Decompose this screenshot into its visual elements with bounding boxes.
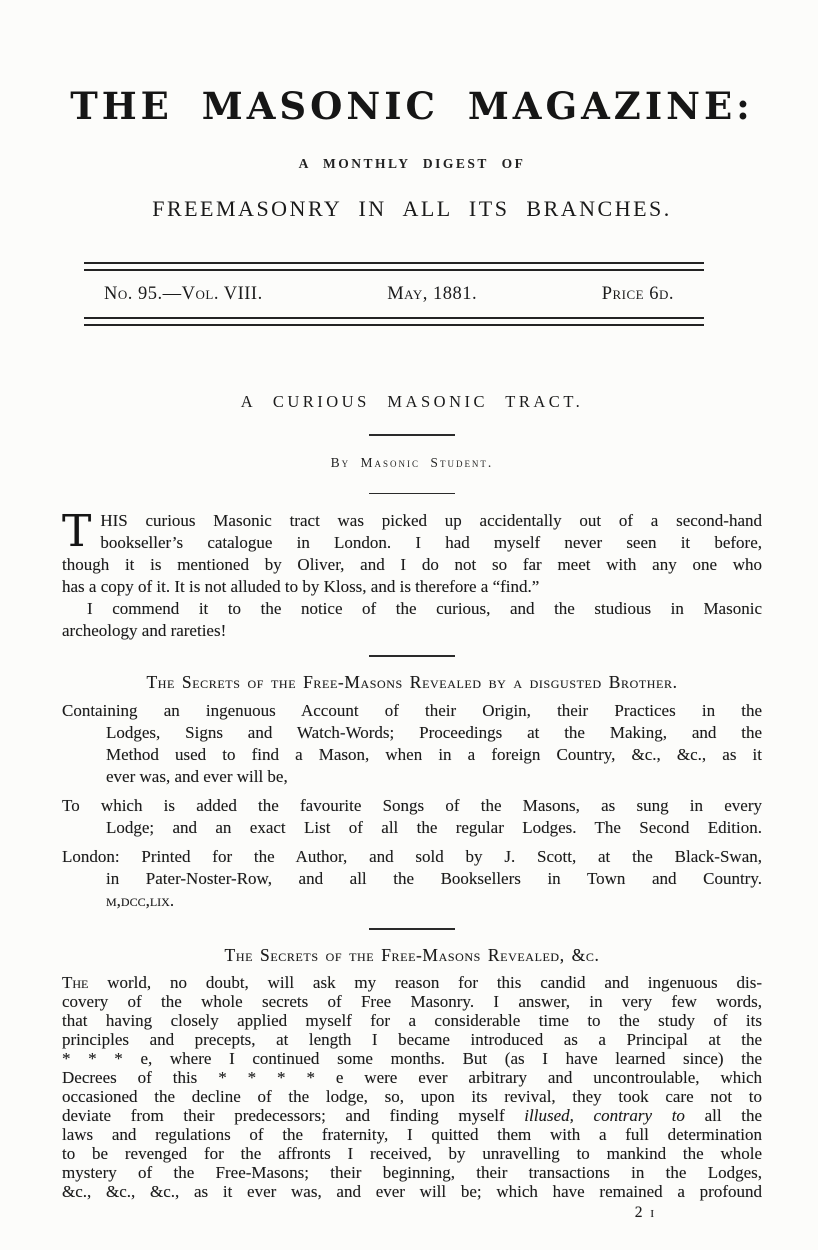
- text-segment: world, no doubt, will ask my reason for …: [88, 973, 762, 992]
- imprint-date: m,dcc,lix.: [62, 890, 762, 912]
- secrets-heading: The Secrets of the Free-Masons Revealed,…: [62, 945, 762, 966]
- text-line: archeology and rareties!: [62, 620, 762, 642]
- magazine-title: THE MASONIC MAGAZINE:: [62, 84, 762, 128]
- article-header: A CURIOUS MASONIC TRACT. By Masonic Stud…: [62, 392, 762, 494]
- drop-cap: T: [62, 510, 100, 552]
- byline-divider: [369, 493, 455, 494]
- text-line: deviate from their predecessors; and fin…: [62, 1106, 762, 1125]
- text-line: to be revenged for the affronts I receiv…: [62, 1144, 762, 1163]
- double-rule-bottom: [84, 317, 704, 326]
- section-divider: [369, 928, 455, 930]
- issue-bar: No. 95.—Vol. VIII. May, 1881. Price 6d.: [84, 262, 704, 326]
- text-line: I commend it to the notice of the curiou…: [62, 598, 762, 620]
- towhich-paragraph: To which is added the favourite Songs of…: [62, 795, 762, 839]
- imprint-paragraph: London: Printed for the Author, and sold…: [62, 846, 762, 912]
- text-line: ever was, and ever will be,: [62, 766, 762, 788]
- issue-number: No. 95.—Vol. VIII.: [104, 284, 263, 305]
- lead-word: The: [62, 973, 88, 992]
- text-segment: all the: [685, 1106, 762, 1125]
- text-line: &c., &c., &c., as it ever was, and ever …: [62, 1182, 762, 1201]
- page-signature: 2 i: [62, 1204, 762, 1222]
- section-divider: [369, 655, 455, 657]
- containing-paragraph: Containing an ingenuous Account of their…: [62, 700, 762, 788]
- issue-price: Price 6d.: [602, 284, 674, 305]
- text-line: bookseller’s catalogue in London. I had …: [62, 532, 762, 554]
- article-body: T HIS curious Masonic tract was picked u…: [62, 510, 762, 1222]
- text-line: principles and precepts, at length I bec…: [62, 1030, 762, 1049]
- text-line: To which is added the favourite Songs of…: [62, 795, 762, 817]
- italic-segment: illused, contrary to: [524, 1106, 685, 1125]
- text-line: in Pater-Noster-Row, and all the Booksel…: [62, 868, 762, 890]
- text-line: London: Printed for the Author, and sold…: [62, 846, 762, 868]
- text-line: that having closely applied myself for a…: [62, 1011, 762, 1030]
- magazine-page: THE MASONIC MAGAZINE: A MONTHLY DIGEST O…: [0, 0, 818, 1250]
- article-title: A CURIOUS MASONIC TRACT.: [62, 392, 762, 412]
- text-line: occasioned the decline of the lodge, so,…: [62, 1087, 762, 1106]
- intro-paragraph: T HIS curious Masonic tract was picked u…: [62, 510, 762, 598]
- text-line: though it is mentioned by Oliver, and I …: [62, 554, 762, 576]
- double-rule-top: [84, 262, 704, 271]
- masthead-subtitle: A MONTHLY DIGEST OF: [62, 156, 762, 172]
- masthead-series: FREEMASONRY IN ALL ITS BRANCHES.: [62, 196, 762, 222]
- title-divider: [369, 434, 455, 436]
- text-segment: deviate from their predecessors; and fin…: [62, 1106, 524, 1125]
- text-line: Containing an ingenuous Account of their…: [62, 700, 762, 722]
- text-line: Decrees of this * * * * e were ever arbi…: [62, 1068, 762, 1087]
- article-byline: By Masonic Student.: [62, 455, 762, 471]
- text-line: HIS curious Masonic tract was picked up …: [62, 510, 762, 532]
- secrets-paragraph: The world, no doubt, will ask my reason …: [62, 973, 762, 1201]
- text-line: covery of the whole secrets of Free Maso…: [62, 992, 762, 1011]
- text-line: has a copy of it. It is not alluded to b…: [62, 576, 762, 598]
- text-line: Lodge; and an exact List of all the regu…: [62, 817, 762, 839]
- text-line: * * * e, where I continued some months. …: [62, 1049, 762, 1068]
- text-line: The world, no doubt, will ask my reason …: [62, 973, 762, 992]
- masthead: THE MASONIC MAGAZINE: A MONTHLY DIGEST O…: [62, 0, 762, 222]
- text-line: mystery of the Free-Masons; their beginn…: [62, 1163, 762, 1182]
- issue-date: May, 1881.: [387, 284, 477, 305]
- commend-paragraph: I commend it to the notice of the curiou…: [62, 598, 762, 642]
- text-line: Lodges, Signs and Watch-Words; Proceedin…: [62, 722, 762, 744]
- text-line: laws and regulations of the fraternity, …: [62, 1125, 762, 1144]
- tract-heading: The Secrets of the Free-Masons Revealed …: [62, 672, 762, 693]
- text-line: Method used to find a Mason, when in a f…: [62, 744, 762, 766]
